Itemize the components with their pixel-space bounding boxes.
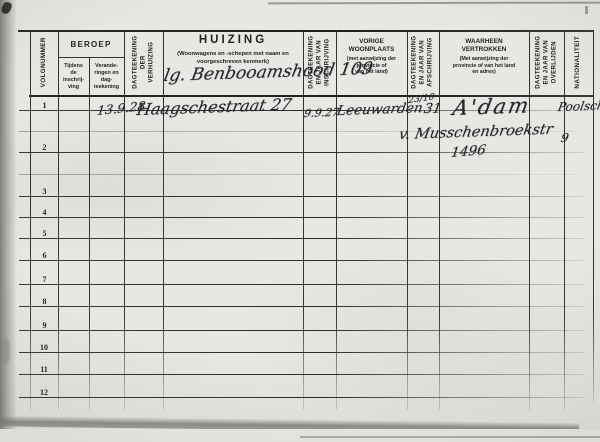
col-header-huizing: HUIZING <box>163 33 303 46</box>
row-number: 8 <box>38 297 51 306</box>
col-header-afschrijving: DAGTEEKENING EN JAAR VAN AFSCHRIJVING <box>407 30 439 95</box>
scan-bottom-line <box>300 436 600 438</box>
afschrijving-label: DAGTEEKENING EN JAAR VAN AFSCHRIJVING <box>411 36 435 89</box>
row-number: 12 <box>36 388 52 397</box>
row-number: 11 <box>36 365 52 374</box>
row-number: 9 <box>38 321 51 330</box>
handwritten-afschrijving-year: 31 <box>423 100 443 117</box>
row-number: 1 <box>38 101 51 110</box>
scanned-register-card: VOLGNUMMER BEROEP Tijdens de inschrij- v… <box>0 0 600 442</box>
waarheen-note: (Met aanwijzing der provincie of van het… <box>439 56 529 76</box>
col-header-volgnummer: VOLGNUMMER <box>30 30 58 95</box>
row-number: 4 <box>38 208 51 217</box>
col-header-vorige-woonplaats: VORIGE WOONPLAATS <box>336 39 407 53</box>
handwritten-register-number: 1496 <box>450 142 487 161</box>
row-number: 6 <box>38 251 51 260</box>
handwritten-waarheen-city: A'dam <box>451 93 533 120</box>
dagteekening-verhuizing-label: DAGTEEKENING DER VERHUIZING <box>131 36 155 89</box>
beroep-sub-tijdens: Tijdens de inschrij- ving <box>58 60 89 94</box>
beroep-sub-veranderingen: Verande- ringen en dag- teekening <box>89 60 124 94</box>
row-number: 10 <box>36 343 52 352</box>
col-header-beroep: BEROEP <box>58 38 124 50</box>
row-number: 5 <box>38 229 51 238</box>
row-number: 3 <box>38 187 51 196</box>
handwritten-nationaliteit: Poolsche <box>557 98 600 114</box>
row-number: 2 <box>38 143 51 152</box>
volgnummer-label: VOLGNUMMER <box>40 37 49 87</box>
nationaliteit-label: NATIONALITEIT <box>574 36 583 89</box>
overlijden-label: DAGTEEKENING EN JAAR VAN OVERLIJDEN <box>534 36 558 89</box>
col-header-dagteekening-verhuizing: DAGTEEKENING DER VERHUIZING <box>124 30 163 95</box>
col-header-nationaliteit: NATIONALITEIT <box>564 30 593 95</box>
scan-left-edge <box>0 0 17 442</box>
row-number: 7 <box>38 275 51 284</box>
margin-smudge <box>2 338 10 364</box>
col-header-overlijden: DAGTEEKENING EN JAAR VAN OVERLIJDEN <box>529 30 564 95</box>
scan-topright-mark <box>585 6 588 14</box>
col-header-waarheen: WAARHEEN VERTROKKEN <box>439 39 529 53</box>
